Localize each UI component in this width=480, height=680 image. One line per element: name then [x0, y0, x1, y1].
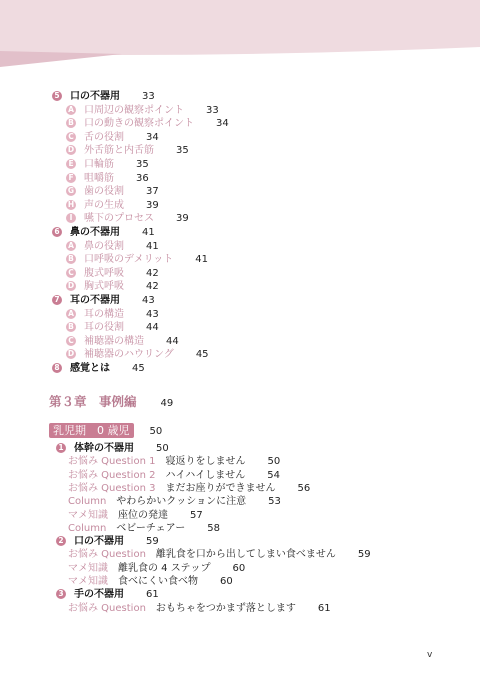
- toc-case-item[interactable]: マメ知識座位の発達57: [68, 510, 203, 522]
- letter-marker-icon: B: [66, 118, 76, 128]
- page-number: 60: [220, 576, 233, 587]
- letter-marker-icon: D: [66, 349, 76, 359]
- toc-case-item[interactable]: お悩み Question 3まだお座りができません56: [68, 483, 310, 495]
- chapter-title: 第３章 事例編: [49, 394, 137, 409]
- page-number: 59: [358, 549, 371, 560]
- toc-subitem[interactable]: A口周辺の観察ポイント33: [66, 105, 219, 117]
- page-number: 33: [142, 91, 155, 102]
- toc-subitem[interactable]: B口の動きの観察ポイント34: [66, 118, 229, 130]
- chapter-heading[interactable]: 第３章 事例編49: [49, 396, 173, 410]
- section-title: 耳の不器用: [70, 295, 120, 306]
- letter-marker-icon: D: [66, 145, 76, 155]
- page-number: 50: [150, 426, 163, 437]
- subitem-title: 嚥下のプロセス: [84, 213, 154, 224]
- case-item-title: ベビーチェアー: [116, 523, 185, 534]
- page-number: 49: [161, 398, 174, 409]
- section-number-icon: 7: [52, 295, 62, 305]
- page-number: 50: [156, 443, 169, 454]
- case-item-label: マメ知識: [68, 510, 108, 521]
- case-title: 体幹の不器用: [74, 443, 134, 454]
- subitem-title: 鼻の役割: [84, 241, 124, 252]
- toc-subitem[interactable]: B口呼吸のデメリット41: [66, 254, 208, 266]
- letter-marker-icon: B: [66, 322, 76, 332]
- case-item-label: お悩み Question 1: [68, 456, 155, 467]
- case-item-label: お悩み Question: [68, 549, 146, 560]
- subitem-title: 胸式呼吸: [84, 281, 124, 292]
- toc-case-section[interactable]: 1体幹の不器用50: [56, 443, 169, 455]
- letter-marker-icon: C: [66, 268, 76, 278]
- page-number: 42: [146, 281, 159, 292]
- case-title: 手の不器用: [74, 589, 124, 600]
- page-number: 56: [297, 483, 310, 494]
- case-item-title: まだお座りができません: [165, 483, 275, 494]
- page-number: 39: [146, 200, 159, 211]
- letter-marker-icon: C: [66, 336, 76, 346]
- age-group-heading[interactable]: 乳児期 0 歳児50: [49, 425, 162, 438]
- toc-case-item[interactable]: お悩み Question離乳食を口から出してしまい食べません59: [68, 549, 371, 561]
- section-number-icon: 8: [52, 363, 62, 373]
- case-number-icon: 3: [56, 589, 66, 599]
- toc-subitem[interactable]: C腹式呼吸42: [66, 268, 159, 280]
- toc-subitem[interactable]: C舌の役割34: [66, 132, 159, 144]
- section-number-icon: 6: [52, 227, 62, 237]
- section-title: 鼻の不器用: [70, 227, 120, 238]
- subitem-title: 補聴器の構造: [84, 336, 144, 347]
- letter-marker-icon: C: [66, 132, 76, 142]
- letter-marker-icon: I: [66, 213, 76, 223]
- case-item-title: 寝返りをしません: [165, 456, 245, 467]
- subitem-title: 口の動きの観察ポイント: [84, 118, 194, 129]
- case-number-icon: 2: [56, 536, 66, 546]
- page-number: 61: [146, 589, 159, 600]
- page-number: 45: [132, 363, 145, 374]
- toc-case-section[interactable]: 3手の不器用61: [56, 589, 159, 601]
- case-item-title: 食べにくい食べ物: [118, 576, 198, 587]
- subitem-title: 腹式呼吸: [84, 268, 124, 279]
- case-item-title: 離乳食を口から出してしまい食べません: [156, 549, 336, 560]
- page-number: 61: [318, 603, 331, 614]
- page-number: 35: [176, 145, 189, 156]
- page-number: 35: [136, 159, 149, 170]
- case-item-label: マメ知識: [68, 576, 108, 587]
- page-number: 43: [142, 295, 155, 306]
- letter-marker-icon: A: [66, 105, 76, 115]
- section-number-icon: 5: [52, 91, 62, 101]
- case-item-title: 離乳食の 4 ステップ: [118, 563, 211, 574]
- letter-marker-icon: H: [66, 200, 76, 210]
- subitem-title: 声の生成: [84, 200, 124, 211]
- subitem-title: 耳の役割: [84, 322, 124, 333]
- toc-section[interactable]: 6鼻の不器用41: [52, 227, 155, 239]
- case-item-label: マメ知識: [68, 563, 108, 574]
- case-item-title: 座位の発達: [118, 510, 168, 521]
- header-decoration: [0, 0, 480, 70]
- toc-section[interactable]: 8感覚とは45: [52, 363, 145, 375]
- toc-subitem[interactable]: E口輪筋35: [66, 159, 149, 171]
- toc-subitem[interactable]: D補聴器のハウリング45: [66, 349, 209, 361]
- page-number: 34: [146, 132, 159, 143]
- subitem-title: 口呼吸のデメリット: [84, 254, 173, 265]
- case-item-label: お悩み Question 3: [68, 483, 155, 494]
- letter-marker-icon: G: [66, 186, 76, 196]
- toc-case-item[interactable]: お悩み Question 2ハイハイしません54: [68, 470, 280, 482]
- page-number: 45: [196, 349, 209, 360]
- toc-case-item[interactable]: マメ知識食べにくい食べ物60: [68, 576, 233, 588]
- page-number: 41: [146, 241, 159, 252]
- case-item-label: お悩み Question: [68, 603, 146, 614]
- page-number: 37: [146, 186, 159, 197]
- toc-subitem[interactable]: C補聴器の構造44: [66, 336, 179, 348]
- case-item-label: お悩み Question 2: [68, 470, 155, 481]
- subitem-title: 舌の役割: [84, 132, 124, 143]
- letter-marker-icon: A: [66, 309, 76, 319]
- page-number: 43: [146, 309, 159, 320]
- page-number: 57: [190, 510, 203, 521]
- toc-subitem[interactable]: D外舌筋と内舌筋35: [66, 145, 189, 157]
- page-number: 50: [267, 456, 280, 467]
- subitem-title: 咀嚼筋: [84, 173, 114, 184]
- toc-case-item[interactable]: お悩み Questionおもちゃをつかまず落とします61: [68, 603, 331, 615]
- toc-section[interactable]: 5口の不器用33: [52, 91, 155, 103]
- page-number: 54: [267, 470, 280, 481]
- page-number: 58: [207, 523, 220, 534]
- page-number: 59: [146, 536, 159, 547]
- toc-subitem[interactable]: D胸式呼吸42: [66, 281, 159, 293]
- page-number: 33: [206, 105, 219, 116]
- toc-case-item[interactable]: マメ知識離乳食の 4 ステップ60: [68, 563, 245, 575]
- age-badge: 乳児期 0 歳児: [49, 423, 134, 438]
- page-number: 41: [142, 227, 155, 238]
- toc-subitem[interactable]: I嚥下のプロセス39: [66, 213, 189, 225]
- letter-marker-icon: F: [66, 173, 76, 183]
- case-item-label: Column: [68, 496, 106, 507]
- toc-subitem[interactable]: A耳の構造43: [66, 309, 159, 321]
- subitem-title: 口輪筋: [84, 159, 114, 170]
- toc-case-section[interactable]: 2口の不器用59: [56, 536, 159, 548]
- toc-subitem[interactable]: A鼻の役割41: [66, 241, 159, 253]
- toc-subitem[interactable]: B耳の役割44: [66, 322, 159, 334]
- page-number: v: [427, 650, 432, 660]
- toc-case-item[interactable]: お悩み Question 1寝返りをしません50: [68, 456, 280, 468]
- page-number: 60: [233, 563, 246, 574]
- page-number: 44: [166, 336, 179, 347]
- letter-marker-icon: A: [66, 241, 76, 251]
- page-number: 41: [195, 254, 208, 265]
- case-item-label: Column: [68, 523, 106, 534]
- page-number: 34: [216, 118, 229, 129]
- section-title: 感覚とは: [70, 363, 110, 374]
- letter-marker-icon: D: [66, 281, 76, 291]
- subitem-title: 歯の役割: [84, 186, 124, 197]
- subitem-title: 外舌筋と内舌筋: [84, 145, 154, 156]
- case-item-title: おもちゃをつかまず落とします: [156, 603, 296, 614]
- toc-subitem[interactable]: F咀嚼筋36: [66, 173, 149, 185]
- page-number: 53: [268, 496, 281, 507]
- toc-section[interactable]: 7耳の不器用43: [52, 295, 155, 307]
- toc-case-item[interactable]: Columnやわらかいクッションに注意53: [68, 496, 281, 508]
- subitem-title: 補聴器のハウリング: [84, 349, 174, 360]
- case-item-title: ハイハイしません: [165, 470, 245, 481]
- subitem-title: 耳の構造: [84, 309, 124, 320]
- letter-marker-icon: B: [66, 254, 76, 264]
- toc-subitem[interactable]: G歯の役割37: [66, 186, 159, 198]
- subitem-title: 口周辺の観察ポイント: [84, 105, 184, 116]
- case-title: 口の不器用: [74, 536, 124, 547]
- case-item-title: やわらかいクッションに注意: [116, 496, 246, 507]
- toc-subitem[interactable]: H声の生成39: [66, 200, 159, 212]
- section-title: 口の不器用: [70, 91, 120, 102]
- case-number-icon: 1: [56, 443, 66, 453]
- page-number: 36: [136, 173, 149, 184]
- page-number: 39: [176, 213, 189, 224]
- toc-case-item[interactable]: Columnベビーチェアー58: [68, 523, 220, 535]
- letter-marker-icon: E: [66, 159, 76, 169]
- page-number: 44: [146, 322, 159, 333]
- page-number: 42: [146, 268, 159, 279]
